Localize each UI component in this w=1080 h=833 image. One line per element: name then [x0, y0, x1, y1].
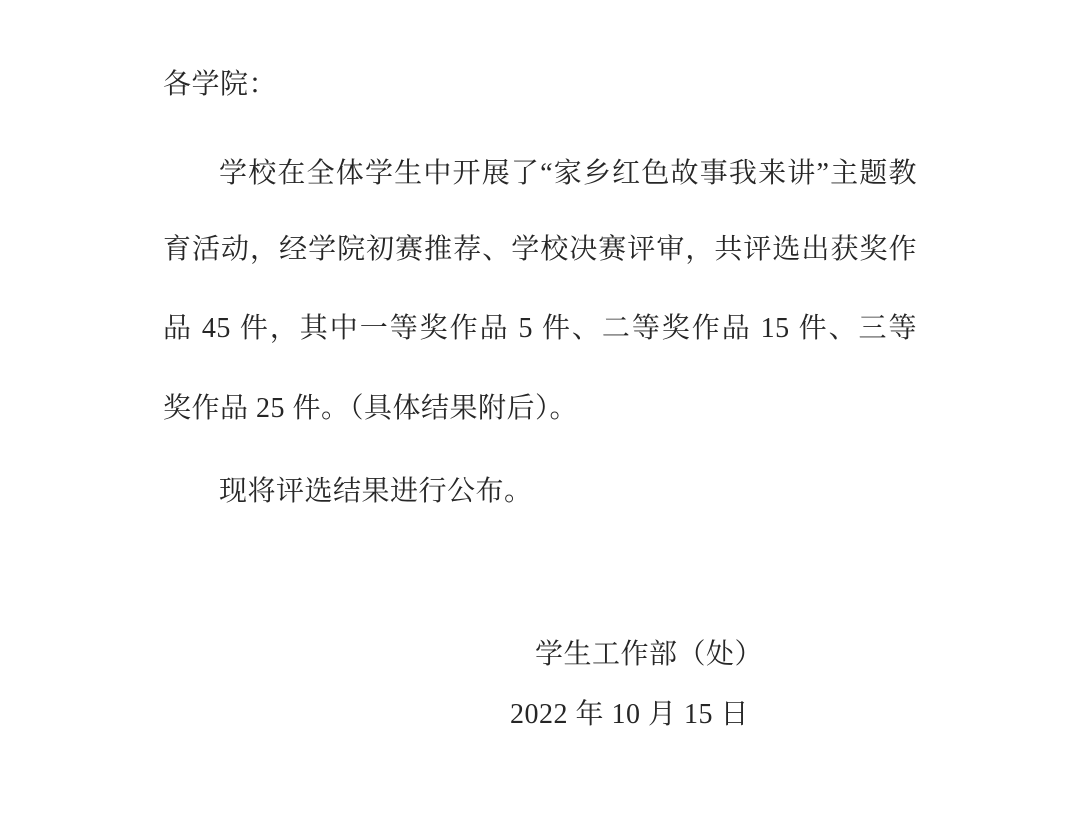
- salutation: 各学院：: [163, 71, 277, 99]
- signature-department: 学生工作部（处）: [535, 641, 763, 669]
- notice-document-page: 各学院： 学校在全体学生中开展了“家乡红色故事我来讲”主题教 育活动，经学院初赛…: [0, 0, 1080, 833]
- signature-date: 2022 年 10 月 15 日: [510, 701, 749, 729]
- paragraph1-line-4: 奖作品 25 件。（具体结果附后）。: [163, 395, 578, 423]
- paragraph1-line-3: 品 45 件，其中一等奖作品 5 件、二等奖作品 15 件、三等: [163, 315, 917, 343]
- paragraph1-line-1: 学校在全体学生中开展了“家乡红色故事我来讲”主题教: [163, 160, 917, 188]
- paragraph2-line-1: 现将评选结果进行公布。: [163, 478, 917, 506]
- paragraph1-line-2: 育活动，经学院初赛推荐、学校决赛评审，共评选出获奖作: [163, 236, 917, 264]
